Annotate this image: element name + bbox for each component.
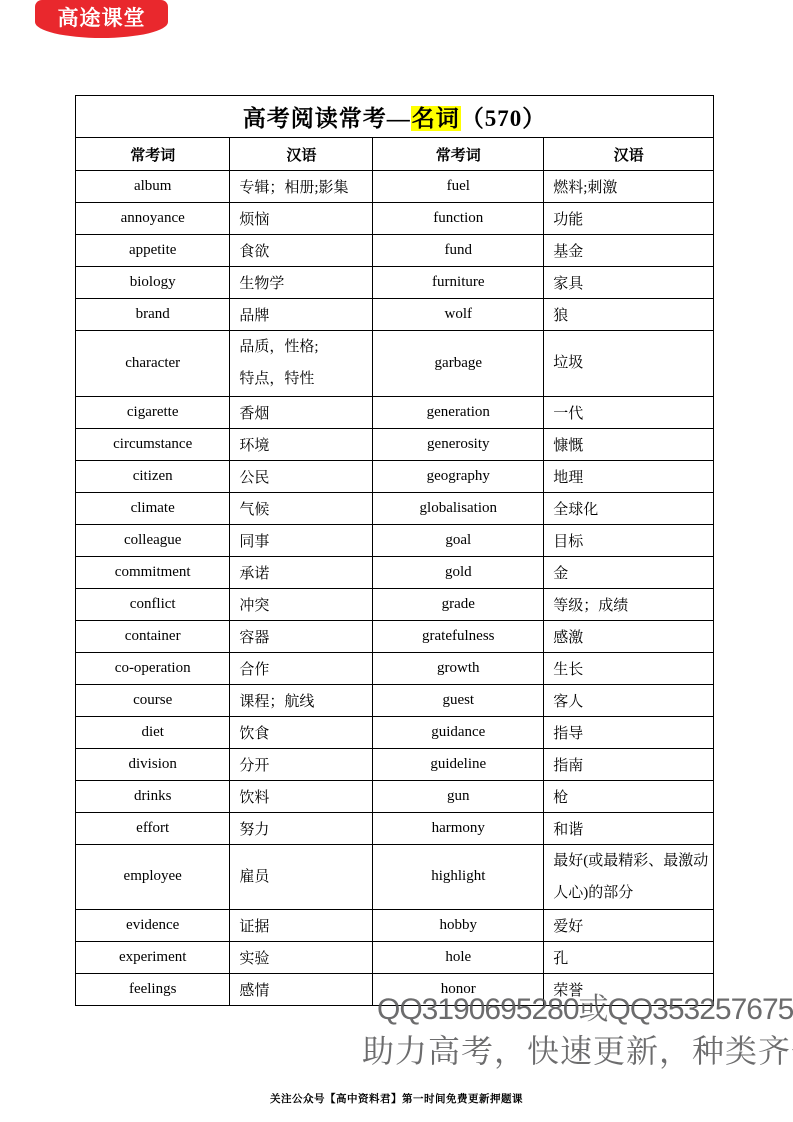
chinese-cell: 全球化 [544,492,714,524]
word-cell: harmony [373,812,544,844]
table-row: diet饮食guidance指导 [76,716,714,748]
word-cell: employee [76,844,230,910]
chinese-cell: 品质，性格; 特点，特性 [230,331,373,397]
chinese-cell: 香烟 [230,396,373,428]
word-cell: citizen [76,460,230,492]
table-row: drinks饮料gun枪 [76,780,714,812]
word-cell: highlight [373,844,544,910]
word-cell: commitment [76,556,230,588]
chinese-cell: 家具 [544,267,714,299]
word-cell: feelings [76,974,230,1006]
table-title-suffix: （570） [461,106,547,131]
word-cell: globalisation [373,492,544,524]
chinese-cell: 饮食 [230,716,373,748]
chinese-cell: 目标 [544,524,714,556]
chinese-cell: 生长 [544,652,714,684]
word-cell: gold [373,556,544,588]
table-row: circumstance环境generosity慷慨 [76,428,714,460]
chinese-cell: 感情 [230,974,373,1006]
chinese-cell: 和谐 [544,812,714,844]
word-cell: colleague [76,524,230,556]
word-cell: garbage [373,331,544,397]
table-row: effort努力harmony和谐 [76,812,714,844]
word-cell: appetite [76,235,230,267]
word-cell: goal [373,524,544,556]
chinese-cell: 课程；航线 [230,684,373,716]
word-cell: hobby [373,910,544,942]
word-cell: cigarette [76,396,230,428]
chinese-cell: 饮料 [230,780,373,812]
word-cell: album [76,171,230,203]
document-page: { "logo": { "text": "高途课堂", "bg_color": … [0,0,793,1122]
word-cell: function [373,203,544,235]
word-table-body: album专辑；相册;影集fuel燃料;刺激annoyance烦恼functio… [76,171,714,1006]
chinese-cell: 环境 [230,428,373,460]
table-row: commitment承诺gold金 [76,556,714,588]
word-cell: grade [373,588,544,620]
chinese-cell: 燃料;刺激 [544,171,714,203]
chinese-cell: 气候 [230,492,373,524]
chinese-cell: 感激 [544,620,714,652]
word-cell: container [76,620,230,652]
column-header-chinese-2: 汉语 [544,138,714,171]
chinese-cell: 客人 [544,684,714,716]
table-row: climate气候globalisation全球化 [76,492,714,524]
chinese-cell: 指导 [544,716,714,748]
chinese-cell: 食欲 [230,235,373,267]
word-cell: co-operation [76,652,230,684]
chinese-cell: 生物学 [230,267,373,299]
word-cell: brand [76,299,230,331]
chinese-cell: 烦恼 [230,203,373,235]
word-cell: experiment [76,942,230,974]
chinese-cell: 容器 [230,620,373,652]
word-cell: division [76,748,230,780]
word-cell: guest [373,684,544,716]
word-cell: course [76,684,230,716]
qq-watermark-text: QQ3190695280或QQ3532576758 [377,984,793,1028]
chinese-cell: 证据 [230,910,373,942]
word-cell: generosity [373,428,544,460]
table-row: album专辑；相册;影集fuel燃料;刺激 [76,171,714,203]
word-cell: effort [76,812,230,844]
chinese-cell: 慷慨 [544,428,714,460]
column-header-word-2: 常考词 [373,138,544,171]
word-cell: geography [373,460,544,492]
chinese-cell: 枪 [544,780,714,812]
word-cell: generation [373,396,544,428]
word-cell: evidence [76,910,230,942]
chinese-cell: 合作 [230,652,373,684]
chinese-cell: 承诺 [230,556,373,588]
word-cell: guideline [373,748,544,780]
chinese-cell: 努力 [230,812,373,844]
column-header-chinese-1: 汉语 [230,138,373,171]
word-cell: circumstance [76,428,230,460]
chinese-cell: 专辑；相册;影集 [230,171,373,203]
word-cell: wolf [373,299,544,331]
chinese-cell: 孔 [544,942,714,974]
chinese-cell: 同事 [230,524,373,556]
word-cell: growth [373,652,544,684]
word-cell: conflict [76,588,230,620]
chinese-cell: 狼 [544,299,714,331]
table-row: experiment实验hole孔 [76,942,714,974]
chinese-cell: 爱好 [544,910,714,942]
word-cell: fund [373,235,544,267]
word-cell: character [76,331,230,397]
word-cell: gun [373,780,544,812]
chinese-cell: 品牌 [230,299,373,331]
word-cell: guidance [373,716,544,748]
chinese-cell: 功能 [544,203,714,235]
column-header-word-1: 常考词 [76,138,230,171]
word-cell: gratefulness [373,620,544,652]
brand-logo-text: 高途课堂 [58,2,146,32]
vocab-table-container: 高考阅读常考—名词（570） 常考词 汉语 常考词 汉语 album专辑；相册;… [75,95,714,1006]
table-row: colleague同事goal目标 [76,524,714,556]
vocab-table: 高考阅读常考—名词（570） 常考词 汉语 常考词 汉语 album专辑；相册;… [75,95,714,1006]
chinese-cell: 垃圾 [544,331,714,397]
table-title-highlight: 名词 [411,106,461,131]
table-row: cigarette香烟generation一代 [76,396,714,428]
word-cell: diet [76,716,230,748]
table-row: co-operation合作growth生长 [76,652,714,684]
table-title-prefix: 高考阅读常考— [243,106,411,131]
chinese-cell: 一代 [544,396,714,428]
word-cell: annoyance [76,203,230,235]
table-header-row: 常考词 汉语 常考词 汉语 [76,138,714,171]
chinese-cell: 雇员 [230,844,373,910]
brand-logo-badge: 高途课堂 [35,0,168,38]
table-row: conflict冲突grade等级；成绩 [76,588,714,620]
table-row: division分开guideline指南 [76,748,714,780]
chinese-cell: 实验 [230,942,373,974]
chinese-cell: 公民 [230,460,373,492]
table-row: brand品牌wolf狼 [76,299,714,331]
footer-note: 关注公众号【高中资料君】第一时间免费更新押题课 [0,1091,793,1106]
table-row: annoyance烦恼function功能 [76,203,714,235]
chinese-cell: 最好(或最精彩、最激动 人心)的部分 [544,844,714,910]
chinese-cell: 金 [544,556,714,588]
table-row: citizen公民geography地理 [76,460,714,492]
table-row: course课程；航线guest客人 [76,684,714,716]
chinese-cell: 分开 [230,748,373,780]
table-row: biology生物学furniture家具 [76,267,714,299]
chinese-cell: 地理 [544,460,714,492]
table-title-row: 高考阅读常考—名词（570） [76,96,714,138]
chinese-cell: 指南 [544,748,714,780]
slogan-watermark-text: 助力高考，快速更新，种类齐全 [362,1026,793,1072]
table-row: container容器gratefulness感激 [76,620,714,652]
table-row: employee雇员highlight最好(或最精彩、最激动 人心)的部分 [76,844,714,910]
chinese-cell: 冲突 [230,588,373,620]
table-row: appetite食欲fund基金 [76,235,714,267]
chinese-cell: 等级；成绩 [544,588,714,620]
word-cell: furniture [373,267,544,299]
word-cell: biology [76,267,230,299]
word-cell: climate [76,492,230,524]
table-row: evidence证据hobby爱好 [76,910,714,942]
table-row: character品质，性格; 特点，特性garbage垃圾 [76,331,714,397]
word-cell: drinks [76,780,230,812]
word-cell: fuel [373,171,544,203]
word-cell: hole [373,942,544,974]
table-title: 高考阅读常考—名词（570） [76,96,714,138]
chinese-cell: 基金 [544,235,714,267]
